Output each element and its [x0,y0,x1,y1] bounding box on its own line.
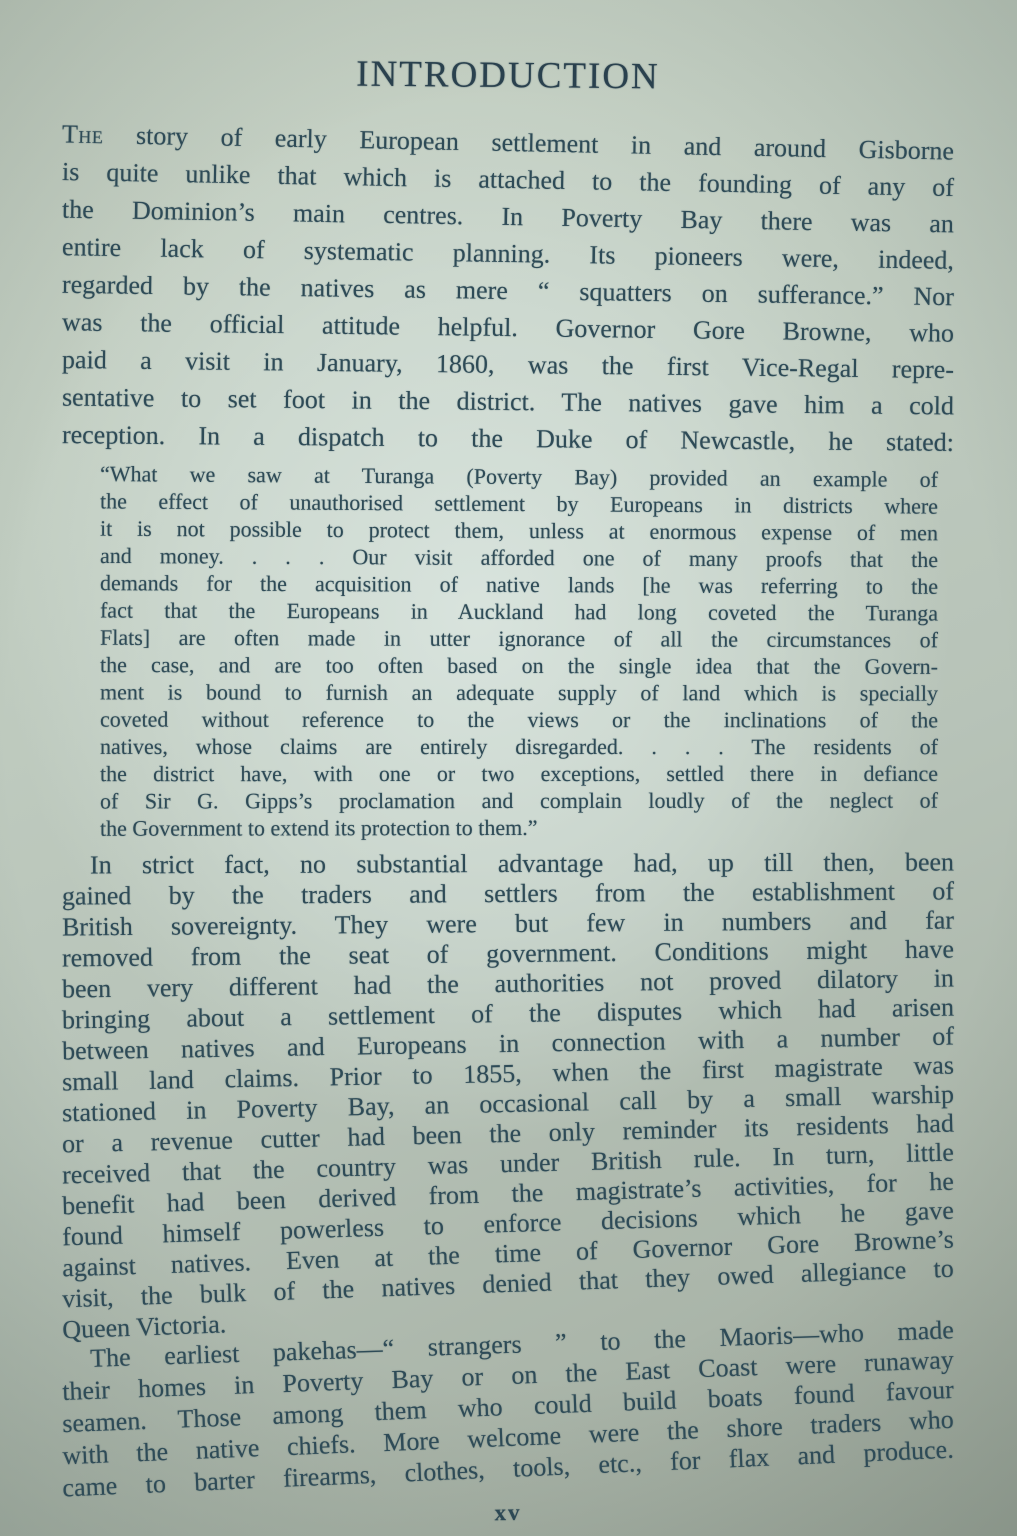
text-line: the case, and are too often based on the… [100,651,938,680]
text-line: the Government to extend its protection … [100,813,938,841]
text-line: coveted without reference to the views o… [100,706,938,734]
text-line: Flats] are often made in utter ignorance… [100,624,938,653]
small-caps-lead: The [62,119,104,149]
text-line: demands for the acquisition of native la… [100,569,938,600]
text-line: reception. In a dispatch to the Duke of … [62,416,954,461]
page-title: INTRODUCTION [62,50,954,101]
text-line: In strict fact, no substantial advantage… [62,847,954,880]
text-line: the district have, with one or two excep… [100,760,938,787]
paragraph-earliest-pakehas: The earliest pakehas—“ strangers ” to th… [62,1329,954,1484]
text-line: fact that the Europeans in Auckland had … [100,596,938,626]
page-number: xv [62,1494,954,1532]
paragraph-opening: The story of early European settlement i… [62,124,954,457]
book-page-photo: INTRODUCTION The story of early European… [0,0,1017,1536]
text-line: and money. . . . Our visit afforded one … [100,542,938,573]
text-line: ment is bound to furnish an adequate sup… [100,678,938,706]
text-line: natives, whose claims are entirely disre… [100,733,938,760]
paragraph-strict-fact: In strict fact, no substantial advantage… [62,849,954,1329]
text-line: of Sir G. Gipps’s proclamation and compl… [100,787,938,815]
book-page: INTRODUCTION The story of early European… [62,54,954,1526]
block-quote-dispatch: “What we saw at Turanga (Poverty Bay) pr… [100,463,938,841]
